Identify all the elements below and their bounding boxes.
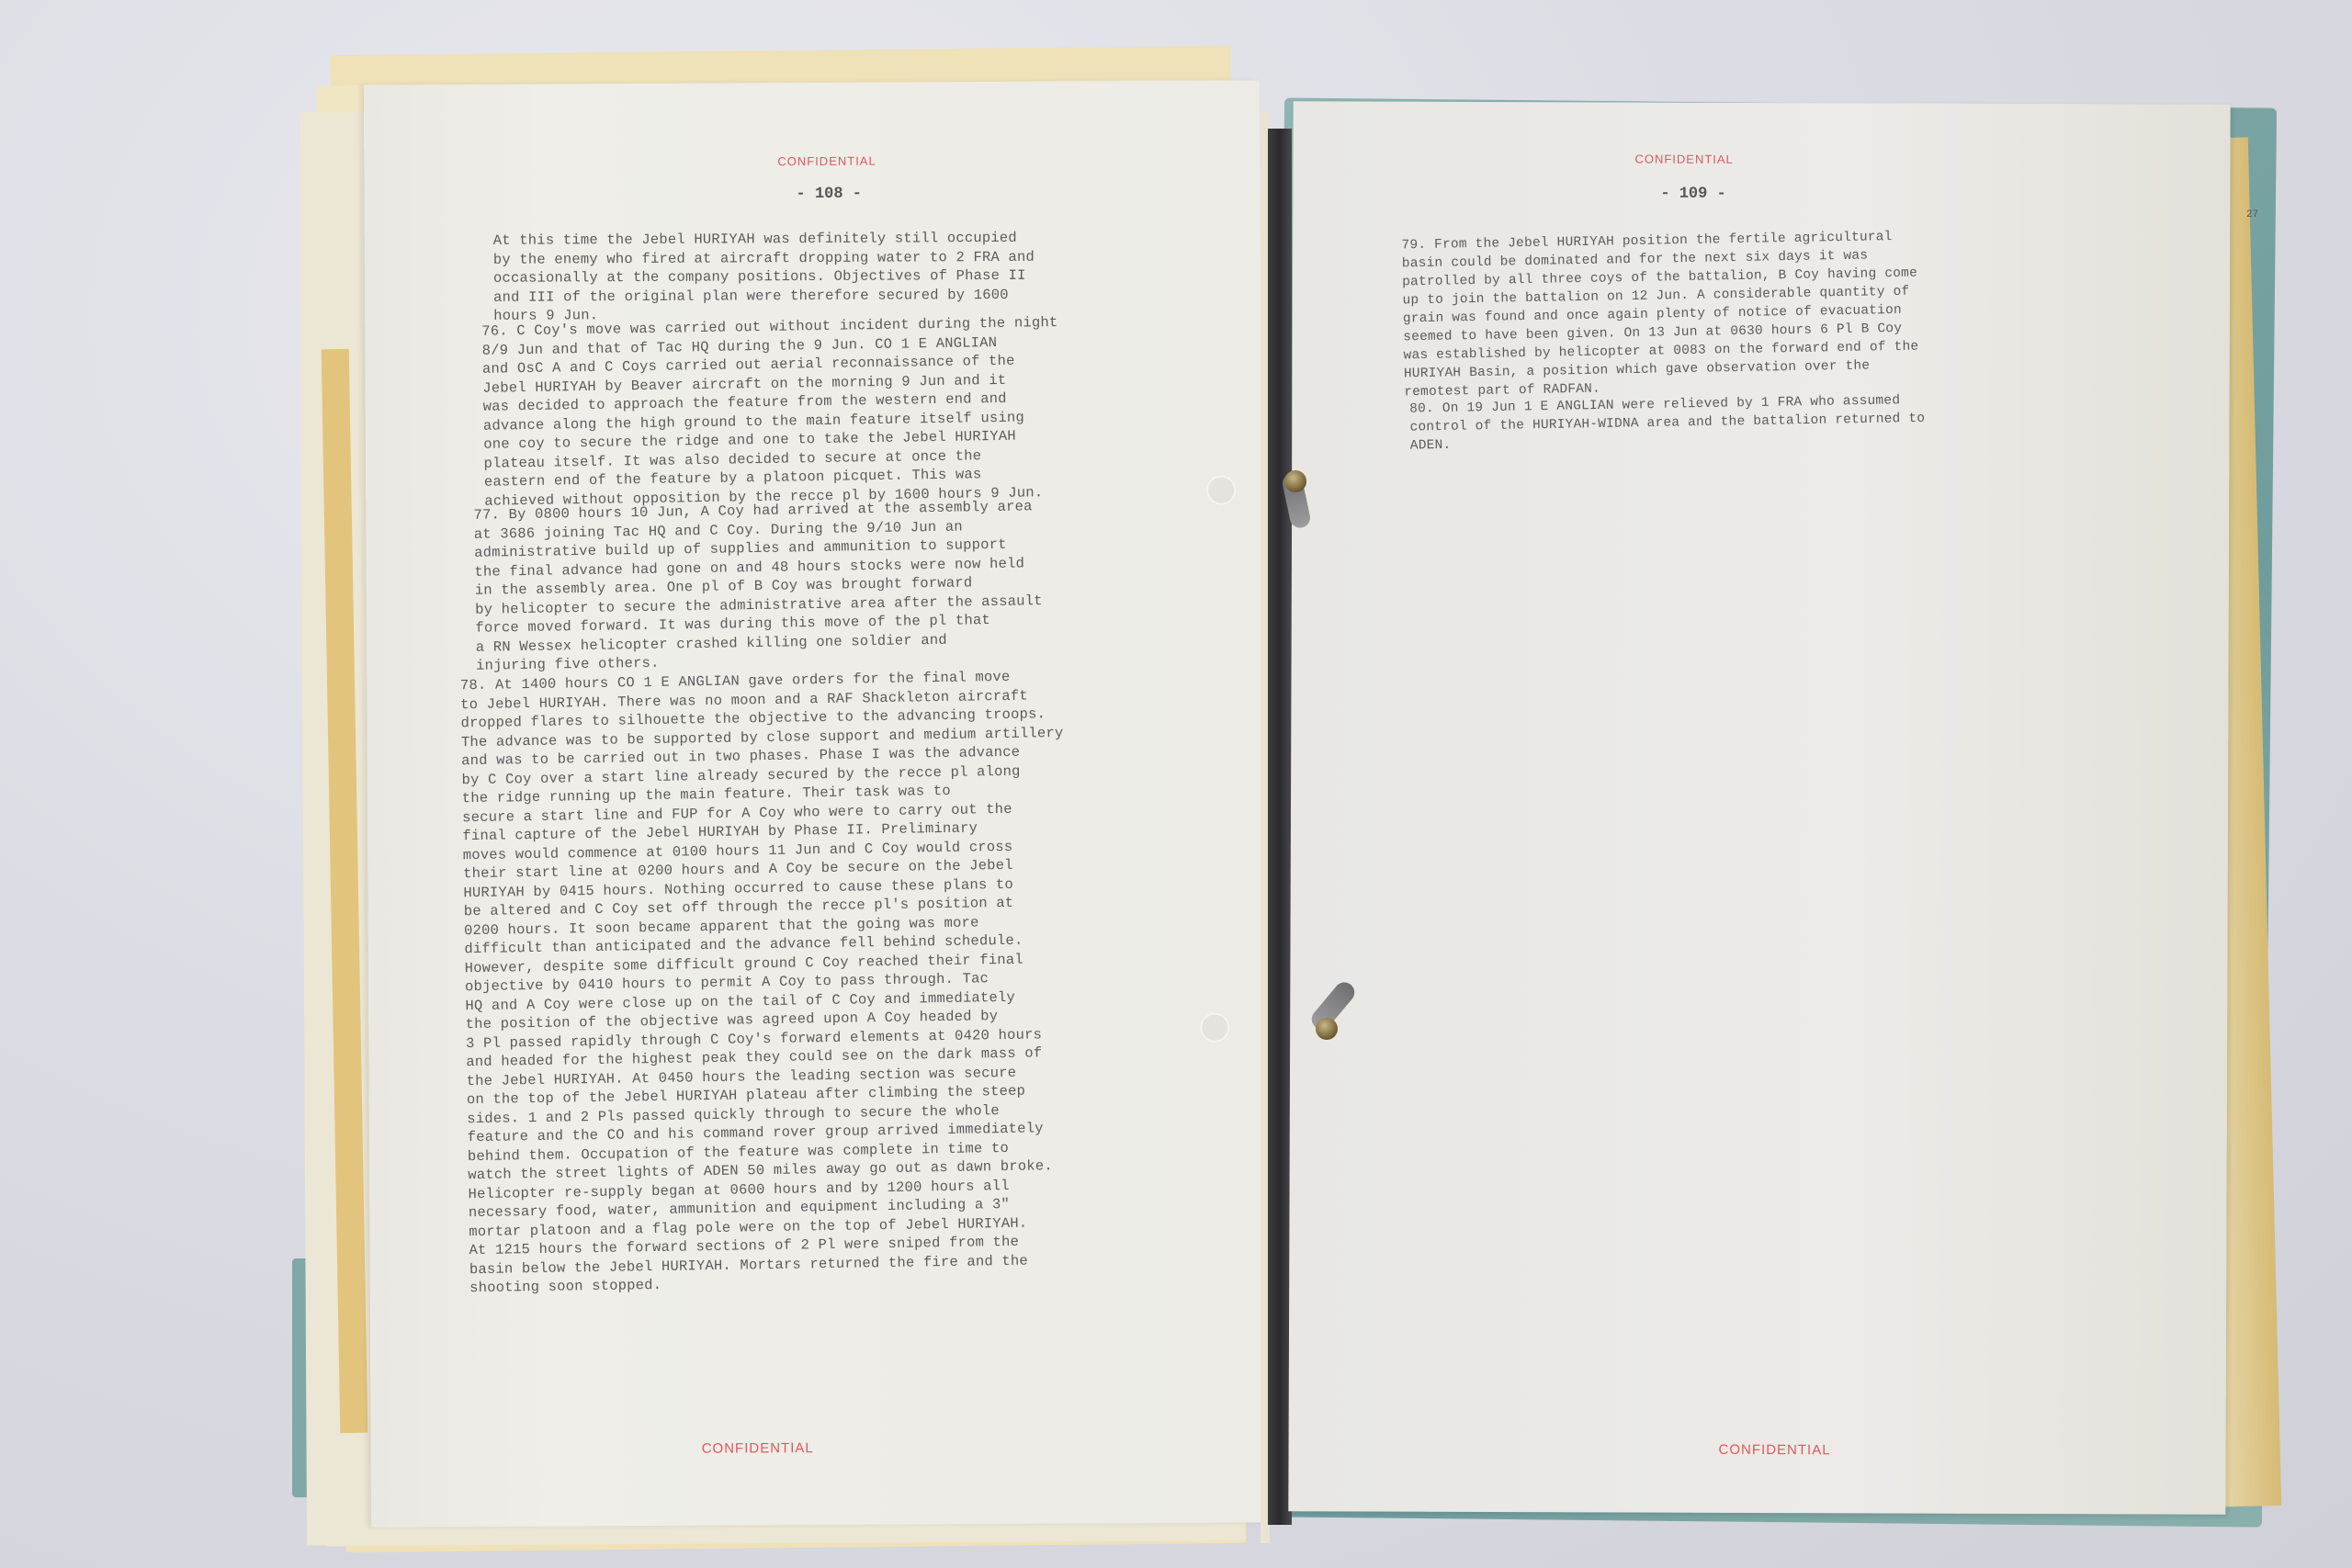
paragraph-76: 76. C Coy's move was carried out without… xyxy=(481,311,1164,511)
paragraph-78: 78. At 1400 hours CO 1 E ANGLIAN gave or… xyxy=(460,665,1205,1298)
footer-stamp: CONFIDENTIAL xyxy=(1719,1442,1831,1458)
footer-stamp: CONFIDENTIAL xyxy=(702,1440,814,1457)
page-number: - 109 - xyxy=(1660,186,1725,203)
header-stamp: CONFIDENTIAL xyxy=(777,154,876,169)
right-page: CONFIDENTIAL - 109 - 79. From the Jebel … xyxy=(1288,101,2230,1515)
page-number: - 108 - xyxy=(796,186,862,203)
margin-mark: 27 xyxy=(2246,209,2258,220)
punch-hole xyxy=(1200,1013,1229,1043)
binder-post-cap xyxy=(1284,470,1306,492)
punch-hole xyxy=(1206,476,1236,505)
paragraph-80: 80. On 19 Jun 1 E ANGLIAN were relieved … xyxy=(1409,389,2017,456)
paragraph: At this time the Jebel HURIYAH was defin… xyxy=(493,228,1137,325)
header-stamp: CONFIDENTIAL xyxy=(1634,152,1733,166)
binder-post-cap xyxy=(1316,1018,1338,1040)
left-page: CONFIDENTIAL - 108 - At this time the Je… xyxy=(364,80,1267,1527)
paragraph-79: 79. From the Jebel HURIYAH position the … xyxy=(1401,226,1992,401)
paragraph-77: 77. By 0800 hours 10 Jun, A Coy had arri… xyxy=(473,495,1156,675)
